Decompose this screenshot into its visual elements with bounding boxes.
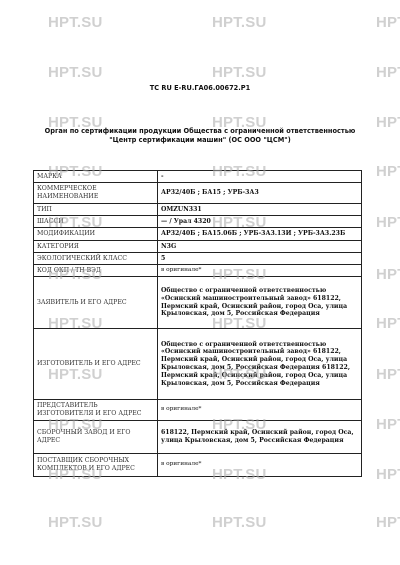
table-row: КОММЕРЧЕСКОЕ НАИМЕНОВАНИЕАР32/40Б ; БА15… [34,183,362,204]
certificate-number: ТС RU E-RU.ГА06.00672.Р1 [0,84,400,92]
table-row: ИЗГОТОВИТЕЛЬ И ЕГО АДРЕСОбщество с огран… [34,329,362,400]
watermark-text: HPT.SU [48,14,103,31]
row-label: ПОСТАВЩИК СБОРОЧНЫХ КОМПЛЕКТОВ И ЕГО АДР… [34,454,158,477]
table-row: ЭКОЛОГИЧЕСКИЙ КЛАСС5 [34,253,362,265]
row-value: в оригинале* [158,400,362,421]
watermark-text: HPT.SU [212,14,267,31]
watermark-text: HPT.SU [376,266,400,283]
table-row: ТИПOMZUN331 [34,204,362,216]
watermark-text: HPT.SU [376,64,400,81]
table-row: СБОРОЧНЫЙ ЗАВОД И ЕГО АДРЕС618122, Пермс… [34,421,362,454]
table-row: МАРКА- [34,171,362,183]
row-label: ТИП [34,204,158,216]
certification-body: Орган по сертификации продукции Общества… [30,127,370,145]
row-label: ШАССИ [34,216,158,228]
row-value: 618122, Пермский край, Осинский район, г… [158,421,362,454]
row-value: Общество с ограниченной ответственностью… [158,329,362,400]
row-label: КАТЕГОРИЯ [34,241,158,253]
table-row: КОД ОКП / ТН ВЭДв оригинале* [34,265,362,277]
row-label: СБОРОЧНЫЙ ЗАВОД И ЕГО АДРЕС [34,421,158,454]
table-row: ПРЕДСТАВИТЕЛЬ ИЗГОТОВИТЕЛЯ И ЕГО АДРЕСв … [34,400,362,421]
table-row: МОДИФИКАЦИИАР32/40Б ; БА15.06Б ; УРБ-3А3… [34,228,362,241]
vehicle-spec-table: МАРКА-КОММЕРЧЕСКОЕ НАИМЕНОВАНИЕАР32/40Б … [33,170,362,477]
row-value: в оригинале* [158,265,362,277]
watermark-text: HPT.SU [376,114,400,131]
watermark-text: HPT.SU [376,214,400,231]
row-value: Общество с ограниченной ответственностью… [158,277,362,329]
table-row: ШАССИ— / Урал 4320 [34,216,362,228]
watermark-text: HPT.SU [212,64,267,81]
row-value: 5 [158,253,362,265]
row-label: МАРКА [34,171,158,183]
row-value: OMZUN331 [158,204,362,216]
watermark-text: HPT.SU [376,466,400,483]
watermark-text: HPT.SU [212,514,267,531]
watermark-text: HPT.SU [48,514,103,531]
row-label: ПРЕДСТАВИТЕЛЬ ИЗГОТОВИТЕЛЯ И ЕГО АДРЕС [34,400,158,421]
row-label: ЭКОЛОГИЧЕСКИЙ КЛАСС [34,253,158,265]
table-row: ПОСТАВЩИК СБОРОЧНЫХ КОМПЛЕКТОВ И ЕГО АДР… [34,454,362,477]
row-value: в оригинале* [158,454,362,477]
table-row: КАТЕГОРИЯN3G [34,241,362,253]
watermark-text: HPT.SU [376,416,400,433]
row-value: АР32/40Б ; БА15.06Б ; УРБ-3А3.13И ; УРБ-… [158,228,362,241]
row-value: АР32/40Б ; БА15 ; УРБ-3А3 [158,183,362,204]
watermark-text: HPT.SU [376,514,400,531]
row-label: ЗАЯВИТЕЛЬ И ЕГО АДРЕС [34,277,158,329]
row-label: КОД ОКП / ТН ВЭД [34,265,158,277]
row-value: — / Урал 4320 [158,216,362,228]
watermark-text: HPT.SU [376,315,400,332]
watermark-text: HPT.SU [376,14,400,31]
row-label: ИЗГОТОВИТЕЛЬ И ЕГО АДРЕС [34,329,158,400]
row-label: МОДИФИКАЦИИ [34,228,158,241]
watermark-text: HPT.SU [376,163,400,180]
row-label: КОММЕРЧЕСКОЕ НАИМЕНОВАНИЕ [34,183,158,204]
watermark-text: HPT.SU [376,366,400,383]
watermark-text: HPT.SU [48,64,103,81]
row-value: - [158,171,362,183]
row-value: N3G [158,241,362,253]
table-row: ЗАЯВИТЕЛЬ И ЕГО АДРЕСОбщество с ограниче… [34,277,362,329]
